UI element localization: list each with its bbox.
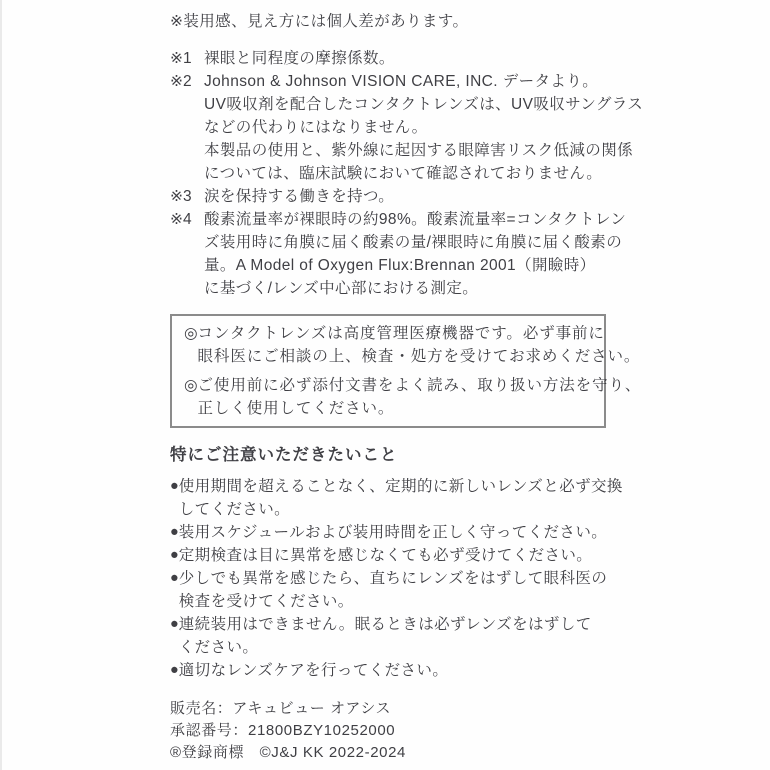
footnote-text: 涙を保持する働きを持つ。 xyxy=(204,185,394,208)
product-footer: 販売名：アキュビュー オアシス 承認番号：21800BZY10252000 ®登… xyxy=(170,698,622,764)
package-back-label: ※装用感、見え方には個人差があります。 ※1 裸眼と同程度の摩擦係数。 ※2 J… xyxy=(0,0,770,770)
footnote-item: ※2 Johnson & Johnson VISION CARE, INC. デ… xyxy=(170,70,622,185)
footnote-marker: ※2 xyxy=(170,70,204,185)
filled-circle-bullet-icon: ● xyxy=(170,475,179,521)
trademark-line: ®登録商標 ©J&J KK 2022-2024 xyxy=(170,742,622,764)
caution-text: 適切なレンズケアを行ってください。 xyxy=(179,659,448,682)
filled-circle-bullet-icon: ● xyxy=(170,521,179,544)
filled-circle-bullet-icon: ● xyxy=(170,567,179,613)
general-note: ※装用感、見え方には個人差があります。 xyxy=(170,10,622,33)
footnote-text: 酸素流量率が裸眼時の約98%。酸素流量率=コンタクトレン ズ装用時に角膜に届く酸… xyxy=(204,208,626,300)
notice-item: ◎ コンタクトレンズは高度管理医療機器です。必ず事前に 眼科医にご相談の上、検査… xyxy=(184,322,592,368)
filled-circle-bullet-icon: ● xyxy=(170,613,179,659)
footnote-item: ※1 裸眼と同程度の摩擦係数。 xyxy=(170,47,622,70)
double-circle-bullet-icon: ◎ xyxy=(184,322,198,368)
caution-item: ● 適切なレンズケアを行ってください。 xyxy=(170,659,622,682)
footnote-marker: ※1 xyxy=(170,47,204,70)
caution-text: 定期検査は目に異常を感じなくても必ず受けてください。 xyxy=(179,544,592,567)
footnote-item: ※4 酸素流量率が裸眼時の約98%。酸素流量率=コンタクトレン ズ装用時に角膜に… xyxy=(170,208,622,300)
product-name-line: 販売名：アキュビュー オアシス xyxy=(170,698,622,720)
caution-text: 少しでも異常を感じたら、直ちにレンズをはずして眼科医の 検査を受けてください。 xyxy=(179,567,607,613)
caution-heading: 特にご注意いただきたいこと xyxy=(170,444,622,467)
footnote-marker: ※4 xyxy=(170,208,204,300)
footnote-marker: ※3 xyxy=(170,185,204,208)
footnote-item: ※3 涙を保持する働きを持つ。 xyxy=(170,185,622,208)
filled-circle-bullet-icon: ● xyxy=(170,659,179,682)
caution-text: 連続装用はできません。眠るときは必ずレンズをはずして ください。 xyxy=(179,613,592,659)
caution-list: ● 使用期間を超えることなく、定期的に新しいレンズと必ず交換 してください。 ●… xyxy=(170,475,622,682)
photo-left-edge xyxy=(0,0,2,770)
footnote-list: ※1 裸眼と同程度の摩擦係数。 ※2 Johnson & Johnson VIS… xyxy=(170,47,622,300)
caution-item: ● 定期検査は目に異常を感じなくても必ず受けてください。 xyxy=(170,544,622,567)
notice-text: ご使用前に必ず添付文書をよく読み、取り扱い方法を守り、 正しく使用してください。 xyxy=(198,374,642,420)
caution-text: 使用期間を超えることなく、定期的に新しいレンズと必ず交換 してください。 xyxy=(179,475,623,521)
caution-item: ● 装用スケジュールおよび装用時間を正しく守ってください。 xyxy=(170,521,622,544)
caution-item: ● 使用期間を超えることなく、定期的に新しいレンズと必ず交換 してください。 xyxy=(170,475,622,521)
caution-text: 装用スケジュールおよび装用時間を正しく守ってください。 xyxy=(179,521,607,544)
caution-item: ● 連続装用はできません。眠るときは必ずレンズをはずして ください。 xyxy=(170,613,622,659)
label-content: ※装用感、見え方には個人差があります。 ※1 裸眼と同程度の摩擦係数。 ※2 J… xyxy=(170,10,622,764)
double-circle-bullet-icon: ◎ xyxy=(184,374,198,420)
approval-number-line: 承認番号：21800BZY10252000 xyxy=(170,720,622,742)
notice-item: ◎ ご使用前に必ず添付文書をよく読み、取り扱い方法を守り、 正しく使用してくださ… xyxy=(184,374,592,420)
caution-item: ● 少しでも異常を感じたら、直ちにレンズをはずして眼科医の 検査を受けてください… xyxy=(170,567,622,613)
medical-device-notice-box: ◎ コンタクトレンズは高度管理医療機器です。必ず事前に 眼科医にご相談の上、検査… xyxy=(170,314,606,428)
footnote-text: Johnson & Johnson VISION CARE, INC. データよ… xyxy=(204,70,643,185)
filled-circle-bullet-icon: ● xyxy=(170,544,179,567)
notice-text: コンタクトレンズは高度管理医療機器です。必ず事前に 眼科医にご相談の上、検査・処… xyxy=(198,322,641,368)
footnote-text: 裸眼と同程度の摩擦係数。 xyxy=(204,47,395,70)
